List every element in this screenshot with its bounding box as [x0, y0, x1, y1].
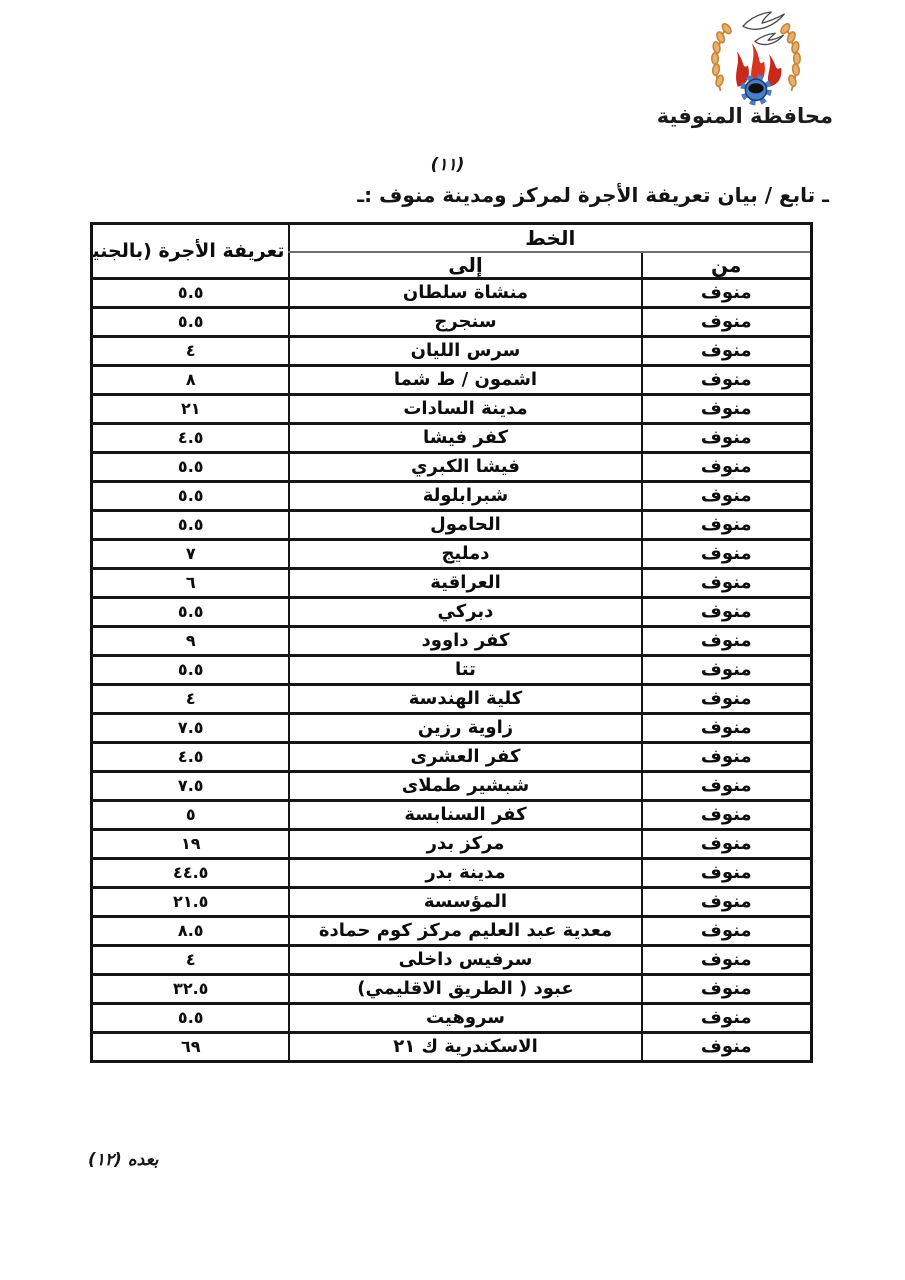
from-cell: منوف — [642, 742, 812, 771]
to-cell: معدية عبد العليم مركز كوم حمادة — [289, 916, 641, 945]
to-cell: سرس الليان — [289, 336, 641, 365]
to-cell: سنجرج — [289, 307, 641, 336]
to-cell: كفر داوود — [289, 626, 641, 655]
to-cell: كفر فيشا — [289, 423, 641, 452]
table-row: منوف دبركي ٥.٥ — [91, 597, 811, 626]
from-cell: منوف — [642, 771, 812, 800]
fare-cell: ٤ — [91, 684, 289, 713]
to-cell: سروهيت — [289, 1003, 641, 1032]
table-row: منوف تتا ٥.٥ — [91, 655, 811, 684]
fare-cell: ٥.٥ — [91, 510, 289, 539]
emblem-icon — [696, 10, 816, 106]
table-row: منوف كفر العشرى ٤.٥ — [91, 742, 811, 771]
table-row: منوف دمليج ٧ — [91, 539, 811, 568]
fare-cell: ٦٩ — [91, 1032, 289, 1061]
table-row: منوف شبرابلولة ٥.٥ — [91, 481, 811, 510]
from-cell: منوف — [642, 829, 812, 858]
table-row: منوف سنجرج ٥.٥ — [91, 307, 811, 336]
governorate-name: محافظة المنوفية — [678, 104, 833, 128]
fare-cell: ٤.٥ — [91, 423, 289, 452]
fare-cell: ٤٤.٥ — [91, 858, 289, 887]
from-cell: منوف — [642, 1003, 812, 1032]
fare-cell: ٣٢.٥ — [91, 974, 289, 1003]
table-row: منوف مركز بدر ١٩ — [91, 829, 811, 858]
fare-cell: ٧.٥ — [91, 771, 289, 800]
from-cell: منوف — [642, 858, 812, 887]
to-cell: الحامول — [289, 510, 641, 539]
fare-cell: ٥ — [91, 800, 289, 829]
fare-cell: ٧ — [91, 539, 289, 568]
to-cell: العراقية — [289, 568, 641, 597]
table-row: منوف سرس الليان ٤ — [91, 336, 811, 365]
from-cell: منوف — [642, 510, 812, 539]
fare-cell: ٥.٥ — [91, 1003, 289, 1032]
table-row: منوف الاسكندرية ك ٢١ ٦٩ — [91, 1032, 811, 1061]
document-heading: ـ تابع / بيان تعريفة الأجرة لمركز ومدينة… — [357, 183, 829, 207]
column-header-from: من — [642, 252, 812, 279]
to-cell: دبركي — [289, 597, 641, 626]
to-cell: شبشير طملاى — [289, 771, 641, 800]
from-cell: منوف — [642, 394, 812, 423]
table-row: منوف معدية عبد العليم مركز كوم حمادة ٨.٥ — [91, 916, 811, 945]
fare-cell: ٥.٥ — [91, 452, 289, 481]
fare-cell: ٥.٥ — [91, 481, 289, 510]
fare-cell: ٦ — [91, 568, 289, 597]
table-row: منوف زاوية رزين ٧.٥ — [91, 713, 811, 742]
dove-icon — [742, 12, 783, 45]
from-cell: منوف — [642, 1032, 812, 1061]
from-cell: منوف — [642, 597, 812, 626]
table-row: منوف سروهيت ٥.٥ — [91, 1003, 811, 1032]
fare-cell: ٢١.٥ — [91, 887, 289, 916]
to-cell: زاوية رزين — [289, 713, 641, 742]
fare-cell: ٤ — [91, 945, 289, 974]
fare-table-body: منوف منشاة سلطان ٥.٥ منوف سنجرج ٥.٥ منوف… — [91, 278, 811, 1061]
table-row: منوف اشمون / ط شما ٨ — [91, 365, 811, 394]
from-cell: منوف — [642, 684, 812, 713]
from-cell: منوف — [642, 800, 812, 829]
from-cell: منوف — [642, 568, 812, 597]
column-header-to: إلى — [289, 252, 641, 279]
table-row: منوف الحامول ٥.٥ — [91, 510, 811, 539]
column-header-line: الخط — [289, 224, 811, 252]
from-cell: منوف — [642, 626, 812, 655]
fare-cell: ٨ — [91, 365, 289, 394]
to-cell: منشاة سلطان — [289, 278, 641, 307]
to-cell: كلية الهندسة — [289, 684, 641, 713]
to-cell: كفر السنابسة — [289, 800, 641, 829]
governorate-logo: محافظة المنوفية — [678, 10, 833, 128]
to-cell: مركز بدر — [289, 829, 641, 858]
from-cell: منوف — [642, 336, 812, 365]
table-row: منوف العراقية ٦ — [91, 568, 811, 597]
to-cell: كفر العشرى — [289, 742, 641, 771]
fare-table-header: الخط تعريفة الأجرة (بالجنيه) من إلى — [91, 224, 811, 279]
to-cell: سرفيس داخلى — [289, 945, 641, 974]
fare-cell: ١٩ — [91, 829, 289, 858]
from-cell: منوف — [642, 452, 812, 481]
page-number: (١١) — [0, 155, 895, 175]
from-cell: منوف — [642, 365, 812, 394]
to-cell: مدينة بدر — [289, 858, 641, 887]
to-cell: عبود ( الطريق الاقليمي) — [289, 974, 641, 1003]
table-row: منوف كفر فيشا ٤.٥ — [91, 423, 811, 452]
document-page: محافظة المنوفية (١١) ـ تابع / بيان تعريف… — [0, 0, 905, 1280]
table-row: منوف كفر داوود ٩ — [91, 626, 811, 655]
from-cell: منوف — [642, 945, 812, 974]
footer-next-page-note: بعده (١٢) — [88, 1150, 159, 1170]
table-row: منوف فيشا الكبري ٥.٥ — [91, 452, 811, 481]
table-row: منوف سرفيس داخلى ٤ — [91, 945, 811, 974]
to-cell: اشمون / ط شما — [289, 365, 641, 394]
fare-cell: ٤.٥ — [91, 742, 289, 771]
fare-cell: ٤ — [91, 336, 289, 365]
fare-table: الخط تعريفة الأجرة (بالجنيه) من إلى منوف… — [90, 222, 813, 1063]
table-row: منوف مدينة بدر ٤٤.٥ — [91, 858, 811, 887]
table-row: منوف منشاة سلطان ٥.٥ — [91, 278, 811, 307]
table-row: منوف عبود ( الطريق الاقليمي) ٣٢.٥ — [91, 974, 811, 1003]
from-cell: منوف — [642, 655, 812, 684]
to-cell: تتا — [289, 655, 641, 684]
to-cell: الاسكندرية ك ٢١ — [289, 1032, 641, 1061]
table-row: منوف شبشير طملاى ٧.٥ — [91, 771, 811, 800]
wheat-right-icon — [779, 22, 800, 91]
table-row: منوف كلية الهندسة ٤ — [91, 684, 811, 713]
from-cell: منوف — [642, 974, 812, 1003]
from-cell: منوف — [642, 887, 812, 916]
from-cell: منوف — [642, 278, 812, 307]
fare-cell: ٥.٥ — [91, 655, 289, 684]
fare-cell: ٧.٥ — [91, 713, 289, 742]
column-header-fare: تعريفة الأجرة (بالجنيه) — [91, 224, 289, 279]
to-cell: دمليج — [289, 539, 641, 568]
to-cell: فيشا الكبري — [289, 452, 641, 481]
from-cell: منوف — [642, 539, 812, 568]
from-cell: منوف — [642, 481, 812, 510]
table-row: منوف مدينة السادات ٢١ — [91, 394, 811, 423]
gear-icon — [743, 77, 768, 102]
from-cell: منوف — [642, 307, 812, 336]
fare-cell: ٢١ — [91, 394, 289, 423]
from-cell: منوف — [642, 423, 812, 452]
to-cell: مدينة السادات — [289, 394, 641, 423]
fare-cell: ٩ — [91, 626, 289, 655]
from-cell: منوف — [642, 916, 812, 945]
fare-cell: ٥.٥ — [91, 278, 289, 307]
table-row: منوف المؤسسة ٢١.٥ — [91, 887, 811, 916]
wheat-left-icon — [711, 22, 732, 91]
table-row: منوف كفر السنابسة ٥ — [91, 800, 811, 829]
to-cell: شبرابلولة — [289, 481, 641, 510]
fare-cell: ٥.٥ — [91, 307, 289, 336]
to-cell: المؤسسة — [289, 887, 641, 916]
from-cell: منوف — [642, 713, 812, 742]
fare-cell: ٨.٥ — [91, 916, 289, 945]
fare-cell: ٥.٥ — [91, 597, 289, 626]
